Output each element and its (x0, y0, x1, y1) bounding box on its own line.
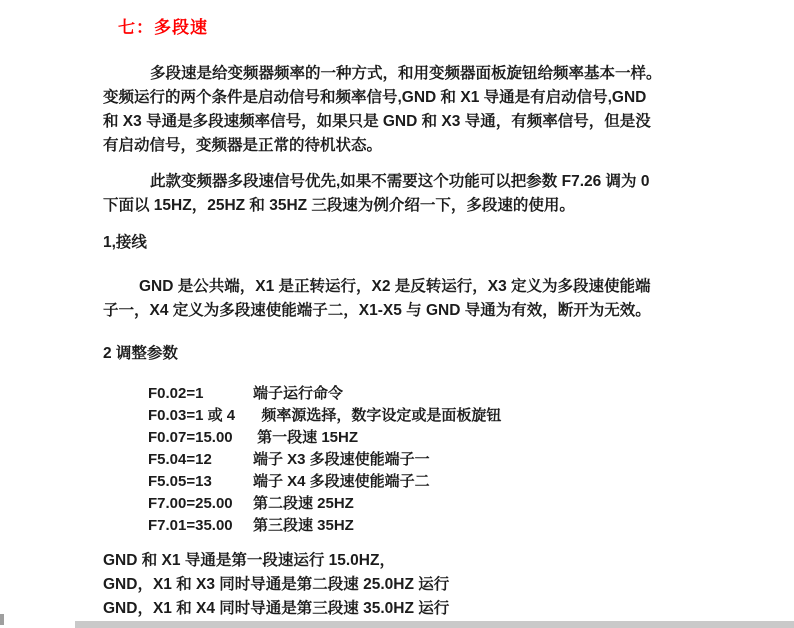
intro-line: 变频运行的两个条件是启动信号和频率信号,GND 和 X1 导通是有启动信号,GN… (103, 86, 743, 110)
param-code: F5.04=12 (148, 449, 253, 471)
document-content: 七：多段速 多段速是给变频器频率的一种方式，和用变频器面板旋钮给频率基本一样。 … (103, 0, 743, 621)
results-paragraph: GND 和 X1 导通是第一段速运行 15.0HZ， GND，X1 和 X3 同… (103, 549, 743, 621)
priority-note-paragraph: 此款变频器多段速信号优先,如果不需要这个功能可以把参数 F7.26 调为 0 下… (103, 170, 743, 218)
param-code: F0.07=15.00 (148, 427, 253, 449)
param-row: F0.07=15.00 第一段速 15HZ (148, 427, 743, 449)
document-page: 七：多段速 多段速是给变频器频率的一种方式，和用变频器面板旋钮给频率基本一样。 … (0, 0, 794, 628)
param-row: F7.01=35.00第三段速 35HZ (148, 515, 743, 537)
result-line: GND，X1 和 X3 同时导通是第二段速 25.0HZ 运行 (103, 573, 743, 597)
intro-line: 有启动信号，变频器是正常的待机状态。 (103, 134, 743, 158)
wiring-line: 子一，X4 定义为多段速使能端子二，X1-X5 与 GND 导通为有效，断开为无… (103, 299, 743, 323)
param-code: F7.01=35.00 (148, 515, 253, 537)
intro-line: 和 X3 导通是多段速频率信号，如果只是 GND 和 X3 导通，有频率信号，但… (103, 110, 743, 134)
wiring-paragraph: GND 是公共端，X1 是正转运行，X2 是反转运行，X3 定义为多段速使能端 … (103, 275, 743, 323)
param-desc: 端子 X4 多段速使能端子二 (253, 473, 430, 490)
param-row: F0.03=1 或 4 频率源选择，数字设定或是面板旋钮 (148, 405, 743, 427)
param-code: F5.05=13 (148, 471, 253, 493)
param-desc: 端子 X3 多段速使能端子一 (253, 451, 430, 468)
param-row: F0.02=1端子运行命令 (148, 383, 743, 405)
wiring-section-heading: 1,接线 (103, 233, 743, 253)
param-desc: 第三段速 35HZ (253, 517, 354, 534)
param-code: F7.00=25.00 (148, 493, 253, 515)
page-edge-mark (0, 614, 4, 625)
param-code: F0.02=1 (148, 383, 253, 405)
param-desc: 第一段速 15HZ (253, 429, 358, 446)
intro-paragraph: 多段速是给变频器频率的一种方式，和用变频器面板旋钮给频率基本一样。 变频运行的两… (103, 62, 743, 158)
param-desc: 频率源选择，数字设定或是面板旋钮 (253, 407, 501, 424)
param-code: F0.03=1 或 4 (148, 405, 253, 427)
param-row: F5.04=12端子 X3 多段速使能端子一 (148, 449, 743, 471)
params-section-heading: 2 调整参数 (103, 344, 743, 364)
note-line: 此款变频器多段速信号优先,如果不需要这个功能可以把参数 F7.26 调为 0 (103, 170, 743, 194)
result-line: GND 和 X1 导通是第一段速运行 15.0HZ， (103, 549, 743, 573)
param-row: F5.05=13端子 X4 多段速使能端子二 (148, 471, 743, 493)
result-line: GND，X1 和 X4 同时导通是第三段速 35.0HZ 运行 (103, 597, 743, 621)
bottom-bar (75, 621, 794, 628)
page-title: 七：多段速 (118, 18, 743, 38)
intro-line: 多段速是给变频器频率的一种方式，和用变频器面板旋钮给频率基本一样。 (103, 62, 743, 86)
wiring-line: GND 是公共端，X1 是正转运行，X2 是反转运行，X3 定义为多段速使能端 (103, 275, 743, 299)
param-desc: 第二段速 25HZ (253, 495, 354, 512)
note-line: 下面以 15HZ，25HZ 和 35HZ 三段速为例介绍一下，多段速的使用。 (103, 194, 743, 218)
param-desc: 端子运行命令 (253, 385, 343, 402)
parameter-list: F0.02=1端子运行命令 F0.03=1 或 4 频率源选择，数字设定或是面板… (148, 383, 743, 537)
param-row: F7.00=25.00第二段速 25HZ (148, 493, 743, 515)
